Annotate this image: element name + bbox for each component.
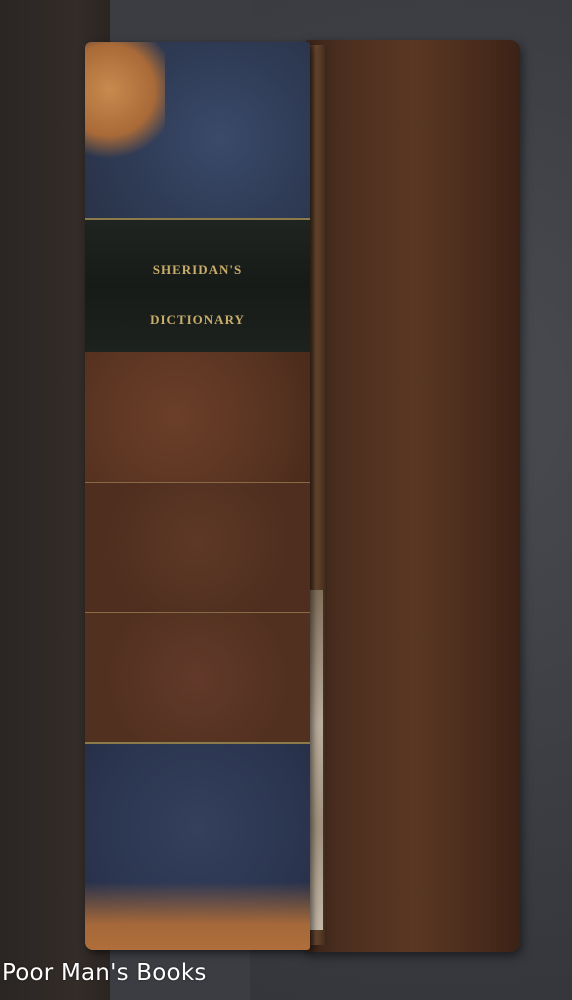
spine-panel-2 bbox=[85, 352, 310, 482]
spine-title-line1: SHERIDAN'S bbox=[85, 262, 310, 278]
book-board bbox=[305, 40, 520, 952]
spine-panel-bottom bbox=[85, 742, 310, 950]
spine-panel-4 bbox=[85, 612, 310, 743]
spine-label: SHERIDAN'S DICTIONARY bbox=[85, 218, 310, 354]
leather-wear bbox=[85, 42, 165, 162]
exposed-binding bbox=[309, 590, 323, 930]
book-spine: SHERIDAN'S DICTIONARY bbox=[85, 42, 310, 950]
watermark: Poor Man's Books bbox=[2, 960, 207, 986]
spine-panel-top bbox=[85, 42, 310, 218]
leather-wear bbox=[85, 882, 310, 950]
spine-title-line2: DICTIONARY bbox=[85, 312, 310, 328]
spine-panel-3 bbox=[85, 482, 310, 613]
